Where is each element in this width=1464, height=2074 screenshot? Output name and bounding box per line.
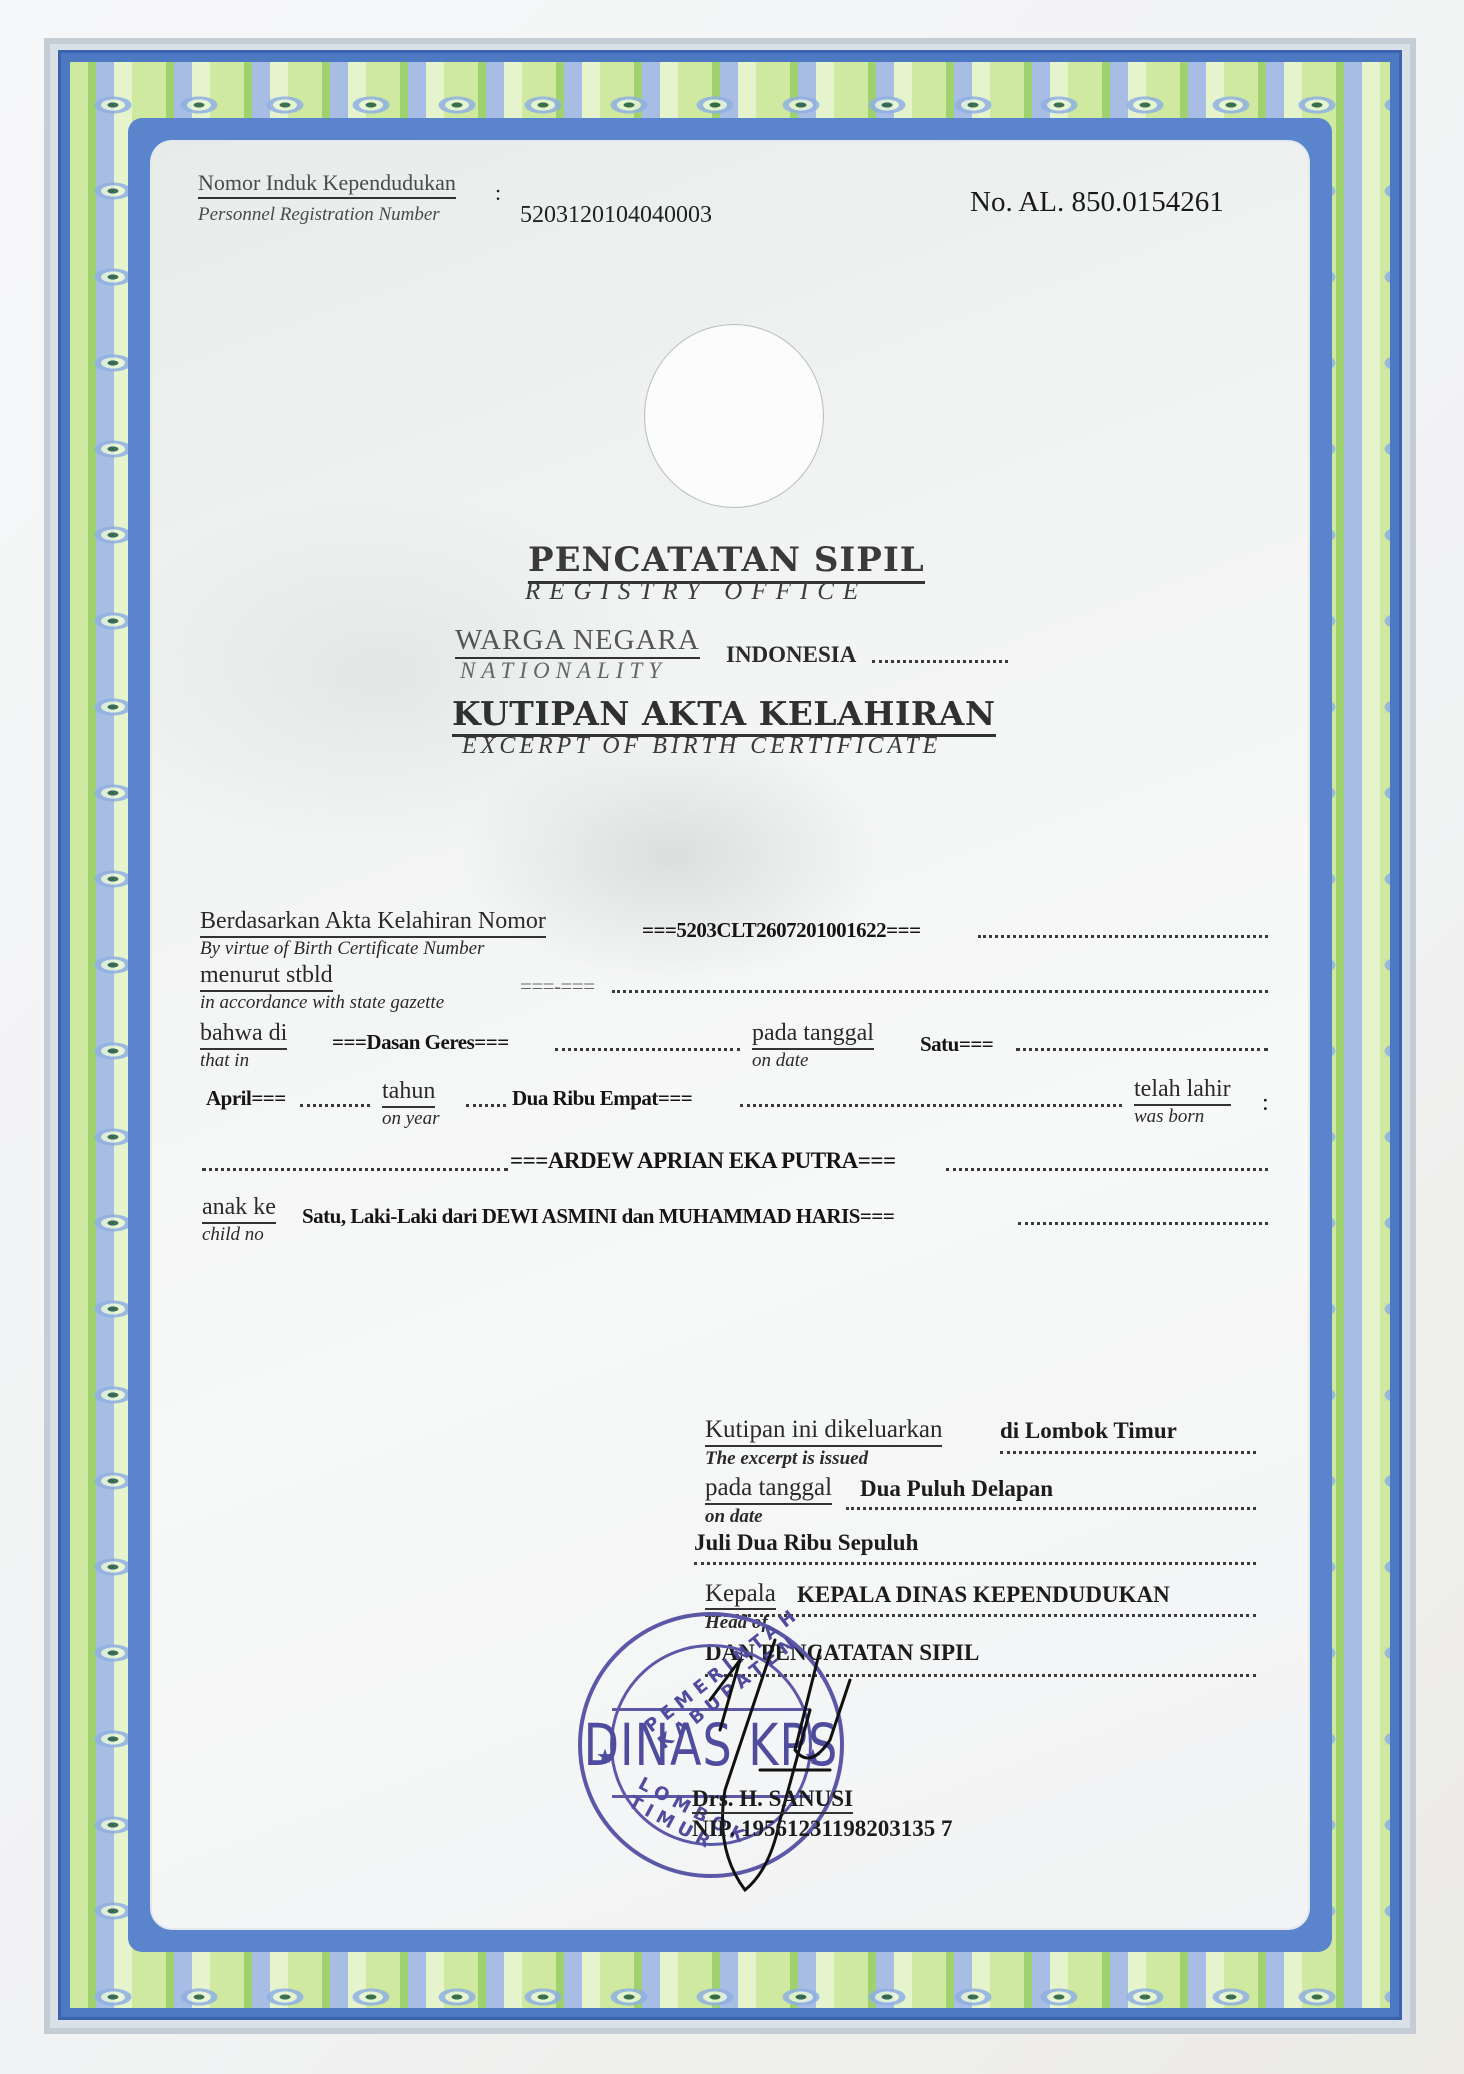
- document-title-en: EXCERPT OF BIRTH CERTIFICATE: [462, 733, 941, 760]
- year-value: Dua Ribu Empat===: [512, 1086, 692, 1111]
- dotted-line: [612, 990, 1268, 993]
- born-colon: :: [1262, 1090, 1269, 1117]
- cert-no-value: ===5203CLT2607201001622===: [642, 918, 921, 943]
- dotted-line: [740, 1104, 1122, 1107]
- year-label: tahun: [382, 1078, 435, 1108]
- stbld-label-en: in accordance with state gazette: [200, 992, 444, 1014]
- issued-date-line1: Dua Puluh Delapan: [860, 1476, 1053, 1502]
- child-name: ===ARDEW APRIAN EKA PUTRA===: [510, 1148, 896, 1174]
- dotted-line: [1000, 1451, 1256, 1454]
- issued-date-line2: Juli Dua Ribu Sepuluh: [694, 1530, 918, 1556]
- official-nip: NIP. 19561231198203135 7: [692, 1816, 952, 1842]
- date-value: Satu===: [920, 1032, 993, 1057]
- head-value-line1: KEPALA DINAS KEPENDUDUKAN: [797, 1582, 1170, 1608]
- head-label: Kepala: [705, 1580, 776, 1608]
- stbld-value: ===-===: [520, 974, 595, 999]
- child-no-label-en: child no: [202, 1224, 264, 1246]
- place-label-en: that in: [200, 1050, 249, 1072]
- dotted-line: [946, 1168, 1268, 1171]
- nik-colon: :: [495, 180, 501, 206]
- dotted-line: [300, 1104, 370, 1107]
- dotted-line: [466, 1104, 506, 1107]
- dotted-line: [555, 1048, 740, 1051]
- dotted-line: [872, 660, 1008, 663]
- nik-label: Nomor Induk Kependudukan: [198, 170, 456, 199]
- star-icon: ★: [596, 1744, 620, 1768]
- dotted-line: [202, 1168, 508, 1171]
- dotted-line: [846, 1507, 1256, 1510]
- nationality-label: WARGA NEGARA: [455, 624, 700, 657]
- nationality-label-en: NATIONALITY: [460, 658, 667, 684]
- registry-title-en: REGISTRY OFFICE: [525, 578, 867, 606]
- signature-icon: [700, 1620, 880, 1900]
- place-value: ===Dasan Geres===: [332, 1030, 509, 1055]
- born-label: telah lahir: [1134, 1076, 1231, 1106]
- punched-hole: [645, 325, 823, 507]
- issued-date-label: pada tanggal: [705, 1474, 832, 1505]
- place-label: bahwa di: [200, 1020, 287, 1050]
- stbld-label: menurut stbld: [200, 962, 333, 992]
- dotted-line: [694, 1562, 1256, 1565]
- issued-label: Kutipan ini dikeluarkan: [705, 1416, 942, 1447]
- issued-label-en: The excerpt is issued: [705, 1448, 868, 1470]
- date-label: pada tanggal: [752, 1020, 874, 1050]
- issued-date-label-en: on date: [705, 1506, 763, 1528]
- registry-title: PENCATATAN SIPIL: [528, 540, 925, 580]
- issued-at: di Lombok Timur: [1000, 1418, 1177, 1444]
- year-label-en: on year: [382, 1108, 440, 1130]
- born-label-en: was born: [1134, 1106, 1204, 1128]
- document-title: KUTIPAN AKTA KELAHIRAN: [452, 694, 996, 733]
- cert-no-label-en: By virtue of Birth Certificate Number: [200, 938, 484, 960]
- month-value: April===: [206, 1086, 286, 1111]
- nik-value: 5203120104040003: [520, 202, 712, 229]
- nik-label-en: Personnel Registration Number: [198, 204, 440, 226]
- serial-number: No. AL. 850.0154261: [970, 186, 1224, 219]
- dotted-line: [978, 935, 1268, 938]
- nationality-value: INDONESIA: [726, 642, 856, 668]
- dotted-line: [1018, 1222, 1268, 1225]
- official-name: Drs. H. SANUSI: [692, 1786, 853, 1812]
- date-label-en: on date: [752, 1050, 808, 1072]
- dotted-line: [1016, 1048, 1268, 1051]
- cert-no-label: Berdasarkan Akta Kelahiran Nomor: [200, 908, 546, 938]
- child-no-value: Satu, Laki-Laki dari DEWI ASMINI dan MUH…: [302, 1204, 894, 1229]
- child-no-label: anak ke: [202, 1194, 276, 1224]
